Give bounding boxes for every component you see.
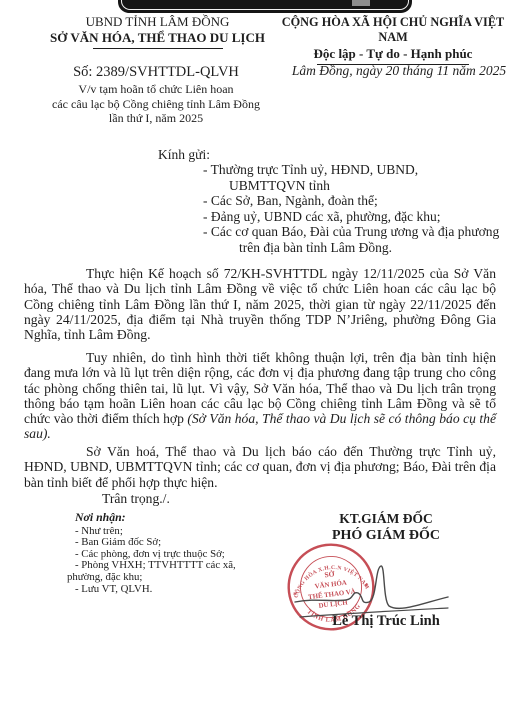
national-motto: Độc lập - Tự do - Hạnh phúc <box>278 46 508 61</box>
recipients-label: Kính gửi: <box>158 147 210 163</box>
national-title: CỘNG HÒA XÃ HỘI CHỦ NGHĨA VIỆT NAM <box>278 15 508 45</box>
noi-nhan-line: - Lưu VT, QLVH. <box>67 584 287 596</box>
signer-title-kt: KT.GIÁM ĐỐC <box>300 511 472 527</box>
recipients-block: Kính gửi: - Thường trực Tỉnh uỷ, HĐND, U… <box>0 147 526 256</box>
body-paragraph-3: Sở Văn hoá, Thể thao và Du lịch báo cáo … <box>24 444 496 490</box>
scanned-official-letter: UBND TỈNH LÂM ĐỒNG SỞ VĂN HÓA, THỂ THAO … <box>0 0 526 708</box>
recipients-list: - Thường trực Tỉnh uỷ, HĐND, UBND, UBMTT… <box>203 162 526 256</box>
recipient-line: - Các cơ quan Báo, Đài của Trung ương và… <box>203 224 526 240</box>
subject-line-3: lần thứ I, năm 2025 <box>25 111 287 126</box>
document-number: Số: 2389/SVHTTDL-QLVH <box>0 64 312 81</box>
place-and-date: Lâm Đồng, ngày 20 tháng 11 năm 2025 <box>288 63 510 79</box>
subject-line-2: các câu lạc bộ Cồng chiêng tỉnh Lâm Đồng <box>25 97 287 112</box>
recipient-line: - Đảng uỷ, UBND các xã, phường, đặc khu; <box>203 209 526 225</box>
top-scan-artifact <box>118 0 412 13</box>
subject-line: V/v tạm hoãn tổ chức Liên hoan các câu l… <box>25 82 287 126</box>
recipient-line: UBMTTQVN tỉnh <box>203 178 526 194</box>
agency-underline <box>93 48 223 49</box>
noi-nhan-line: phường, đặc khu; <box>67 572 287 584</box>
scan-artifact-patch <box>352 0 370 6</box>
signer-name: Lê Thị Trúc Linh <box>300 613 472 630</box>
recipient-line: trên địa bàn tỉnh Lâm Đồng. <box>203 240 526 256</box>
agency-name: SỞ VĂN HÓA, THỂ THAO DU LỊCH <box>25 30 290 46</box>
closing-phrase: Trân trọng./. <box>102 491 170 507</box>
issuing-agency-block: UBND TỈNH LÂM ĐỒNG SỞ VĂN HÓA, THỂ THAO … <box>25 14 290 49</box>
noi-nhan-block: Nơi nhận: - Như trên; - Ban Giám đốc Sở;… <box>67 512 287 595</box>
recipient-line: - Các Sở, Ban, Ngành, đoàn thể; <box>203 193 526 209</box>
body-paragraph-1: Thực hiện Kế hoạch số 72/KH-SVHTTDL ngày… <box>24 266 496 342</box>
recipient-line: - Thường trực Tỉnh uỷ, HĐND, UBND, <box>203 162 526 178</box>
subject-line-1: V/v tạm hoãn tổ chức Liên hoan <box>25 82 287 97</box>
national-header-block: CỘNG HÒA XÃ HỘI CHỦ NGHĨA VIỆT NAM Độc l… <box>278 15 508 65</box>
noi-nhan-label: Nơi nhận: <box>67 512 287 524</box>
body-paragraph-2: Tuy nhiên, do tình hình thời tiết không … <box>24 350 496 442</box>
parent-agency: UBND TỈNH LÂM ĐỒNG <box>25 14 290 30</box>
